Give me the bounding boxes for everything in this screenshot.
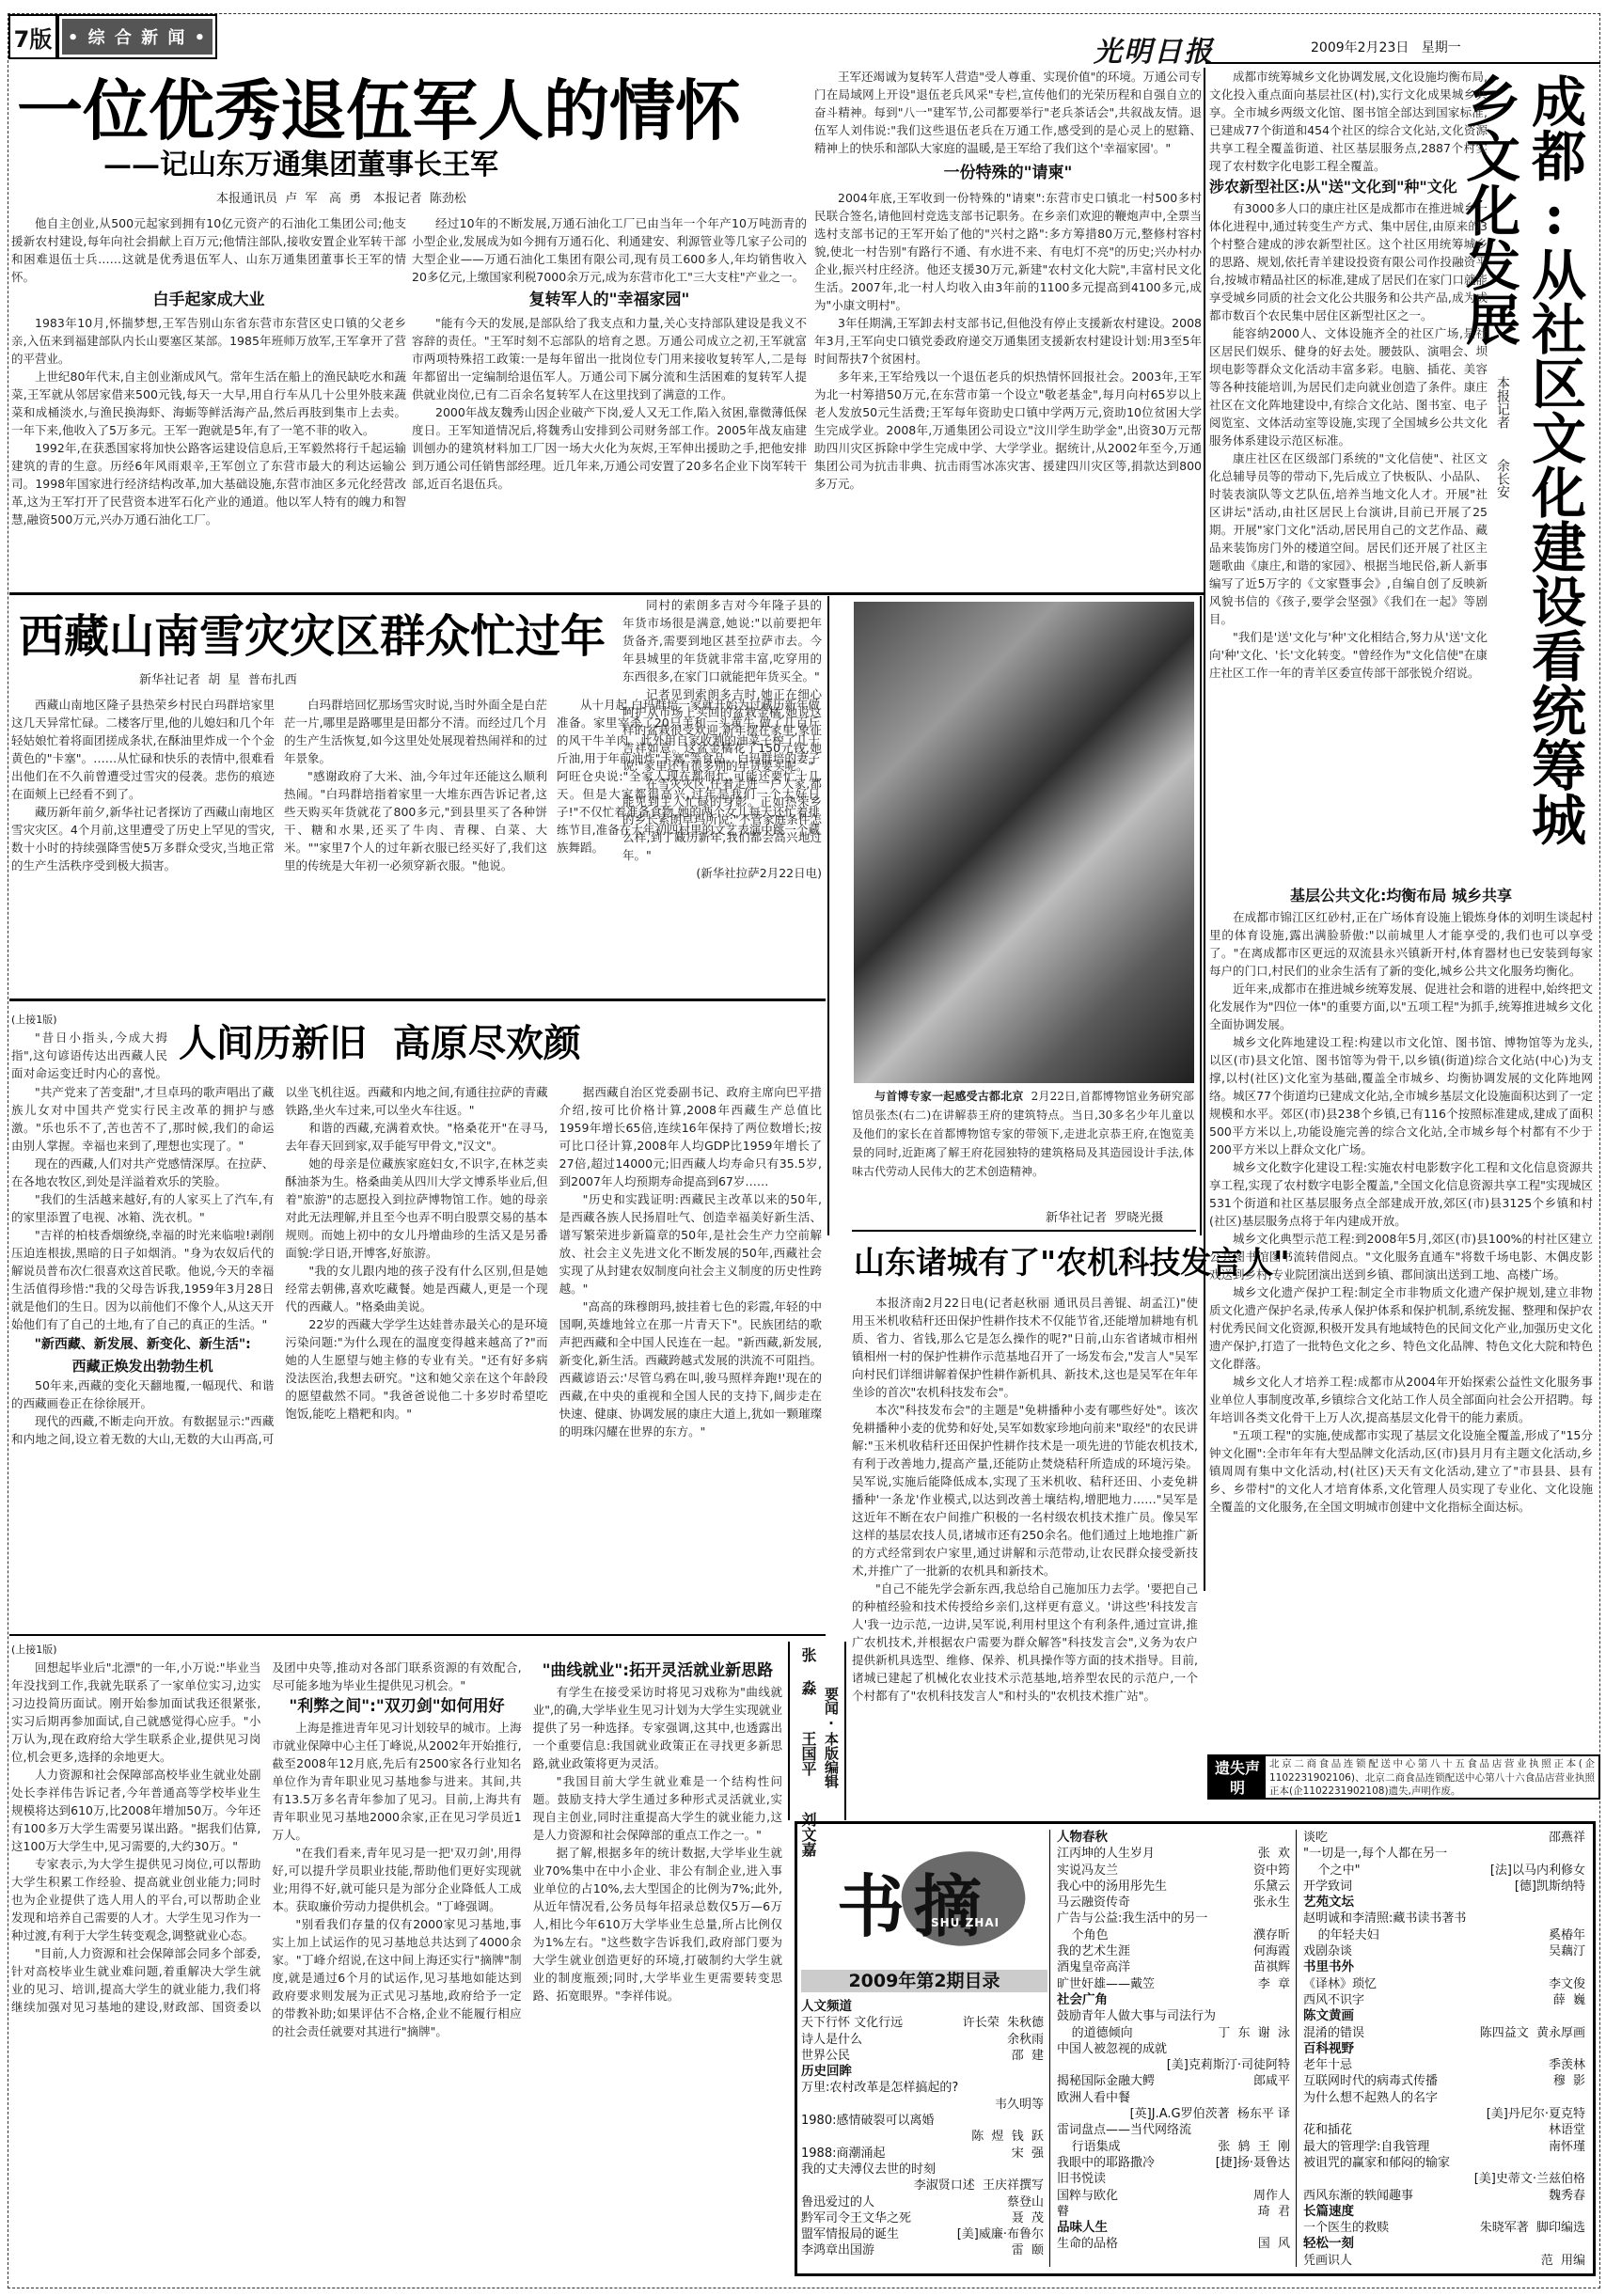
article4-continued: (上接1版): [11, 1012, 57, 1027]
paragraph: "我们的生活越来越好,有的人家买上了汽车,有的家里添置了电视、冰箱、洗衣机。": [11, 1190, 274, 1226]
section-name-box: • 综 合 新 闻 •: [57, 14, 217, 59]
paragraph: 城乡文化数字化建设工程:实施农村电影数字化工程和文化信息资源共享工程,实现了农村…: [1209, 1158, 1593, 1230]
toc-entry-title: 西风东渐的轶闻趣事: [1303, 2188, 1413, 2204]
paragraph: 上世纪80年代末,自主创业渐成风气。常年生活在船上的渔民缺吃水和蔬菜,王军就从邻…: [11, 368, 406, 439]
toc-entry-title: 旧书悦读: [1057, 2171, 1106, 2187]
toc-column-2: 人物春秋江丙坤的人生岁月张 欢实说冯友兰资中筠我心中的汤用彤先生乐黛云马云融资传…: [1057, 1830, 1290, 2253]
editors-left-rule: [788, 1642, 790, 1820]
toc-entry: 戏剧杂谈吴藕汀: [1303, 1943, 1585, 1959]
toc-entry-title: 广告与公益:我生活中的另一: [1057, 1911, 1207, 1926]
toc-entry: 老年十忌季羡林: [1303, 2057, 1585, 2073]
toc-entry: "一切是一,每个人都在另一: [1303, 1846, 1585, 1862]
date-text: 2009年2月23日: [1311, 40, 1409, 55]
toc-entry: 酒鬼皇帝高洋苗祺辉: [1057, 1959, 1290, 1975]
toc-entry-title: 黔军司令王文华之死: [801, 2210, 911, 2226]
article5-body: 本报济南2月22日电(记者赵秋丽 通讯员吕善锟、胡孟江)"使用玉米机收秸秆还田保…: [852, 1294, 1198, 1788]
masthead-rule: [1205, 62, 1600, 64]
paragraph: 西藏山南地区隆子县热荣乡村民白玛群培家里这几天异常忙碌。二楼客厅里,他的儿媳妇和…: [11, 696, 275, 803]
photo-bottom-rule: [852, 1230, 1196, 1232]
toc-entry: 我眼中的耶路撒冷[捷]扬·聂鲁达: [1057, 2155, 1290, 2171]
shuzhai-logo: 书摘 SHU ZHAI: [818, 1833, 1053, 1965]
photo-caption: 与首博专家一起感受古都北京 2月22日,首都博物馆业务研究部馆员张杰(右二)在讲…: [852, 1087, 1194, 1207]
toc-entry-author: 薛 巍: [1553, 1992, 1585, 2008]
article1-section2-title: 复转军人的"幸福家园": [412, 286, 807, 314]
toc-entry: 江丙坤的人生岁月张 欢: [1057, 1846, 1290, 1862]
toc-entry: 旷世奸雄——戴笠李 章: [1057, 1976, 1290, 1992]
toc-entry-title: 中国人被忽视的成就: [1057, 2041, 1167, 2057]
toc-entry-author: 陈四益文 黄永厚画: [1480, 2025, 1585, 2041]
toc-entry-author: 许长荣 朱秋德: [963, 2015, 1044, 2031]
toc-entry-title: 马云融资传奇: [1057, 1895, 1130, 1911]
toc-entry-title: 花和插花: [1303, 2122, 1352, 2138]
toc-entry-title: 最大的管理学:自我管理: [1303, 2139, 1429, 2155]
toc-entry-author: 李文俊: [1549, 1976, 1585, 1992]
toc-entry-author: [美]丹尼尔·夏克特: [1487, 2106, 1585, 2122]
toc-entry-title: 互联网时代的病毒式传播: [1303, 2073, 1438, 2089]
shuzhai-logo-pinyin: SHU ZHAI: [931, 1916, 1000, 1929]
paragraph: 白玛群培回忆那场雪灾时说,当时外面全是白茫茫一片,哪里是路哪里是田都分不清。而经…: [284, 696, 547, 767]
article3-byline: 新华社记者 胡 星 普布扎西: [139, 669, 297, 687]
article3-bottom-rule: [9, 999, 826, 1001]
notice-label: 遗失声明: [1209, 1756, 1266, 1798]
toc-entry: 瞽琦 君: [1057, 2204, 1290, 2220]
toc-entry-author: 宋 强: [1012, 2146, 1044, 2162]
toc-entry-title: 我眼中的耶路撒冷: [1057, 2155, 1155, 2171]
toc-entry: 韦久明等: [801, 2097, 1044, 2113]
toc-entry: 花和插花林语堂: [1303, 2122, 1585, 2138]
toc-entry-title: 江丙坤的人生岁月: [1057, 1846, 1155, 1862]
toc-entry: 西风不识字薛 巍: [1303, 1992, 1585, 2008]
photo-caption-body: 2月22日,首都博物馆业务研究部馆员张杰(右二)在讲解恭王府的建筑特点。当日,3…: [852, 1090, 1194, 1178]
paragraph: 22岁的西藏大学学生达娃普赤最关心的是环境污染问题:"为什么现在的温度变得越来越…: [285, 1315, 547, 1423]
article2-section1-title: 涉农新型社区:从"送"文化到"种"文化: [1209, 175, 1488, 199]
article1-bottom-rule: [9, 592, 1204, 595]
toc-entry-title: 国粹与欧化: [1057, 2188, 1118, 2204]
paragraph: 藏历新年前夕,新华社记者探访了西藏山南地区雪灾灾区。4个月前,这里遭受了历史上罕…: [11, 803, 275, 874]
toc-entry-title: 我心中的汤用彤先生: [1057, 1879, 1167, 1895]
toc-entry-title: 万里:农村改革是怎样搞起的?: [801, 2080, 958, 2096]
paragraph: 王军还竭诚为复转军人营造"受人尊重、实现价值"的环境。万通公司专门在局域网上开设…: [814, 68, 1202, 157]
toc-entry-title: 盟军情报局的诞生: [801, 2226, 899, 2242]
toc-entry-title: 行语集成: [1057, 2139, 1121, 2155]
toc-entry-author: 蔡登山: [1007, 2194, 1044, 2210]
paragraph: 经过10年的不断发展,万通石油化工厂已由当年一个年产10万吨沥青的小型企业,发展…: [412, 214, 807, 286]
paragraph: 回想起毕业后"北漂"的一年,小万说:"毕业当年没找到工作,我就先联系了一家单位实…: [11, 1659, 260, 1766]
toc-entry-title: "一切是一,每个人都在另一: [1303, 1846, 1447, 1862]
paragraph: 本次"科技发布会"的主题是"免耕播种小麦有哪些好处"。该次免耕播种小麦的优势和好…: [852, 1401, 1198, 1580]
shuzhai-issue: 2009年第2期目录: [801, 1970, 1047, 1992]
toc-entry-title: 诗人是什么: [801, 2032, 862, 2048]
toc-entry: 1980:感情破裂可以离婚: [801, 2113, 1044, 2129]
page-number-box: 7版: [8, 14, 57, 59]
toc-entry-author: 奚椿年: [1549, 1927, 1585, 1943]
paragraph: "吉祥的柏枝香烟缭绕,幸福的时光来临啦!剥削压迫连根拔,黑暗的日子如烟消。"身为…: [11, 1226, 274, 1333]
toc-entry-title: 天下行怀 文化行远: [801, 2015, 903, 2031]
toc-column-3: 谈吃邵燕祥"一切是一,每个人都在另一个之中"[法]以马内利修女开学致词[德]凯斯…: [1303, 1830, 1585, 2269]
toc-entry: 开学致词[德]凯斯纳特: [1303, 1879, 1585, 1895]
toc-entry-author: 余秋雨: [1007, 2032, 1044, 2048]
toc-entry-title: 旷世奸雄——戴笠: [1057, 1976, 1155, 1992]
toc-entry: 1988:商潮涌起宋 强: [801, 2146, 1044, 2162]
toc-entry-title: 生命的品格: [1057, 2236, 1118, 2252]
paragraph: "我国目前大学生就业难是一个结构性问题。鼓励支持大学生通过多种形式灵活就业,实现…: [533, 1772, 782, 1844]
toc-entry-author: 聂 茂: [1012, 2210, 1044, 2226]
toc-entry: 赵明诚和李清照:藏书读书著书: [1303, 1911, 1585, 1926]
toc-divider-1: [1049, 1830, 1050, 2267]
toc-entry: 我的艺术生涯何海霞: [1057, 1943, 1290, 1959]
paragraph: 记者见到索朗多吉时,她正在细心呵护从市场上买回的盆栽金橘,她说这样的盆栽很受欢迎…: [622, 685, 822, 775]
toc-entry: 被诅咒的赢家和郁闷的输家: [1303, 2155, 1585, 2171]
toc-entry: 盟军情报局的诞生[美]威廉·布鲁尔: [801, 2226, 1044, 2242]
toc-entry-author: 陈 煜 钱 跃: [971, 2129, 1044, 2145]
toc-entry-title: 一个医生的救赎: [1303, 2220, 1389, 2236]
toc-entry-title: 凭画识人: [1303, 2253, 1352, 2269]
toc-entry-title: 老年十忌: [1303, 2057, 1352, 2073]
paragraph: "五项工程"的实施,使成都市实现了基层文化设施全覆盖,形成了"15分钟文化圈":…: [1209, 1426, 1593, 1516]
toc-entry: 行语集成张 鸫 王 刚: [1057, 2139, 1290, 2155]
paragraph: "在我们看来,青年见习是一把'双刃剑',用得好,可以提升学员职业技能,帮助他们更…: [272, 1844, 521, 1915]
weekday-text: 星期一: [1422, 40, 1461, 55]
paragraph: 50年来,西藏的变化天翻地覆,一幅现代、和谐的西藏画卷正在徐徐展开。: [11, 1376, 274, 1412]
toc-entry: 万里:农村改革是怎样搞起的?: [801, 2080, 1044, 2096]
toc-section-heading: 人物春秋: [1057, 1830, 1290, 1846]
toc-entry-author: 魏秀春: [1549, 2188, 1585, 2204]
toc-entry-title: 赵明诚和李清照:藏书读书著书: [1303, 1911, 1466, 1926]
toc-entry: 国粹与欧化周作人: [1057, 2188, 1290, 2204]
article2-headline: 成都:从社区文化建设看统筹城乡文化发展: [1521, 73, 1587, 882]
toc-entry-author: 林语堂: [1549, 2122, 1585, 2138]
toc-entry-author: 郎咸平: [1253, 2073, 1290, 2089]
toc-entry-title: 世界公民: [801, 2048, 850, 2064]
article2-byline: 本报记者 余长安: [1493, 376, 1512, 555]
article6-continued: (上接1版): [11, 1642, 57, 1657]
article2-body-top: 成都市统筹城乡文化协调发展,文化设施均衡布局,文化投入重点面向基层社区(村),实…: [1209, 68, 1488, 876]
toc-entry: 个角色濮存昕: [1057, 1927, 1290, 1943]
shuzhai-logo-text: 书摘: [837, 1852, 991, 1950]
toc-entry: 黔军司令王文华之死聂 茂: [801, 2210, 1044, 2226]
toc-entry-author: [美]克莉斯汀·司徒阿特: [1167, 2057, 1290, 2073]
toc-entry: 生命的品格国 风: [1057, 2236, 1290, 2252]
publication-date: 2009年2月23日 星期一: [1311, 38, 1461, 56]
article4-bottom-rule: [9, 1634, 826, 1636]
toc-entry-title: 我的丈夫溥仪去世的时刻: [801, 2162, 936, 2178]
paragraph: 2004年底,王军收到一份特殊的"请柬":东营市史口镇北一村500多村民联合签名…: [814, 189, 1202, 314]
toc-section-heading: 人文频道: [801, 1999, 1044, 2015]
toc-entry-author: [法]以马内利修女: [1490, 1863, 1585, 1879]
toc-entry-author: 资中筠: [1253, 1863, 1290, 1879]
lost-notice: 遗失声明 北京二商食品连锁配送中心第八十五食品店营业执照正本(企11022319…: [1207, 1754, 1600, 1800]
toc-entry-title: 戏剧杂谈: [1303, 1943, 1352, 1959]
toc-entry: 诗人是什么余秋雨: [801, 2032, 1044, 2048]
toc-entry-title: 欧洲人看中餐: [1057, 2090, 1130, 2106]
toc-entry-title: 被诅咒的赢家和郁闷的输家: [1303, 2155, 1450, 2171]
paragraph: 现在的西藏,人们对共产党感情深厚。在拉萨、在各地农牧区,到处是洋溢着欢乐的笑脸。: [11, 1155, 274, 1190]
toc-entry-title: 个角色: [1057, 1927, 1109, 1943]
toc-entry-author: 琦 君: [1258, 2204, 1290, 2220]
paragraph: 据了解,根据多年的统计数据,大学毕业生就业70%集中在中小企业、非公有制企业,进…: [533, 1844, 782, 2005]
toc-entry: 旧书悦读: [1057, 2171, 1290, 2187]
paragraph: 能容纳2000人、文体设施齐全的社区广场,是社区居民们娱乐、健身的好去处。腰鼓队…: [1209, 324, 1488, 449]
toc-section-heading: 艺苑文坛: [1303, 1895, 1585, 1911]
toc-entry-author: [美]威廉·布鲁尔: [957, 2226, 1044, 2242]
toc-entry: 天下行怀 文化行远许长荣 朱秋德: [801, 2015, 1044, 2031]
masthead-logo: 光明日报: [1094, 28, 1291, 66]
toc-entry: [英]J.A.G罗伯茨著 杨东平 译: [1057, 2106, 1290, 2122]
paragraph: 和谐的西藏,充满着欢快。"格桑花开"在寻马,去年春天回到家,双手能写甲骨文,"汉…: [285, 1119, 547, 1155]
toc-entry-author: 南怀瑾: [1549, 2139, 1585, 2155]
toc-entry: 个之中"[法]以马内利修女: [1303, 1863, 1585, 1879]
toc-entry: 李淑贤口述 王庆祥撰写: [801, 2178, 1044, 2194]
article5-headline: 山东诸城有了"农机科技发言人": [854, 1239, 1289, 1286]
paragraph: 在成都市锦江区红砂村,正在广场体育设施上锻炼身体的刘明生谈起村里的体育设施,露出…: [1209, 908, 1593, 980]
toc-entry-author: 吴藕汀: [1549, 1943, 1585, 1959]
toc-entry: [美]丹尼尔·夏克特: [1303, 2106, 1585, 2122]
toc-entry-title: 《译林》琐忆: [1303, 1976, 1377, 1992]
paragraph: 本报济南2月22日电(记者赵秋丽 通讯员吕善锟、胡孟江)"使用玉米机收秸秆还田保…: [852, 1294, 1198, 1401]
toc-entry: 西风东渐的轶闻趣事魏秀春: [1303, 2188, 1585, 2204]
toc-entry-author: [美]史蒂文·兰兹伯格: [1474, 2171, 1585, 2187]
toc-entry: 中国人被忽视的成就: [1057, 2041, 1290, 2057]
toc-entry-title: 实说冯友兰: [1057, 1863, 1118, 1879]
article1-byline: 本报通讯员 卢 军 高 勇 本报记者 陈劲松: [216, 188, 466, 206]
article4-body-left: "昔日小指头,今成大拇指",这句谚语传达出西藏人民面对命运变迁时内心的喜悦。民歌…: [11, 1029, 167, 1081]
toc-entry-title: 酒鬼皇帝高洋: [1057, 1959, 1130, 1975]
page-number-label: 7版: [14, 21, 53, 54]
toc-entry-author: 周作人: [1253, 2188, 1290, 2204]
paragraph: "共产党来了苦变甜",才旦卓玛的歌声唱出了藏族儿女对中国共产党实行民主改革的拥护…: [11, 1083, 274, 1155]
paragraph: 有3000多人口的康庄社区是成都市在推进城乡一体化进程中,通过转变生产方式、集中…: [1209, 199, 1488, 324]
toc-entry-author: 季羡林: [1549, 2057, 1585, 2073]
paragraph: "我们是'送'文化与'种'文化相结合,努力从'送'文化向'种'文化、'长'文化转…: [1209, 628, 1488, 682]
toc-section-heading: 长篇速度: [1303, 2204, 1585, 2220]
toc-entry-author: 雷 颐: [1012, 2242, 1044, 2258]
toc-entry-author: 穆 影: [1553, 2073, 1585, 2089]
toc-entry: 我心中的汤用彤先生乐黛云: [1057, 1879, 1290, 1895]
notice-text: 北京二商食品连锁配送中心第八十五食品店营业执照正本(企1102231902106…: [1266, 1756, 1598, 1798]
toc-entry-title: 1980:感情破裂可以离婚: [801, 2113, 934, 2129]
article4-quote-title: "新西藏、新发展、新变化、新生活":: [11, 1333, 274, 1356]
toc-entry: 雷词盘点——当代网络流: [1057, 2122, 1290, 2138]
toc-entry-title: 个之中": [1303, 1863, 1361, 1879]
article6-section1-title: "利弊之间":"双刃剑"如何用好: [272, 1694, 521, 1719]
paragraph: "别看我们存量的仅有2000家见习基地,事实上加上试运作的见习基地总共达到了40…: [272, 1915, 521, 2040]
paragraph: "自己不能先学会新东西,我总给自己施加压力去学。'要把自己的种植经验和技术传授给…: [852, 1580, 1198, 1705]
paragraph: "高高的珠穆朗玛,披挂着七色的彩霞,年轻的中国啊,英雄地耸立在那一片青天下"。民…: [559, 1297, 822, 1440]
photo-caption-title: 与首博专家一起感受古都北京: [874, 1090, 1024, 1103]
article6-section2-title: "曲线就业":拓开灵活就业新思路: [533, 1659, 782, 1683]
toc-entry-title: 混淆的错误: [1303, 2025, 1364, 2041]
column-divider: [1204, 68, 1205, 1591]
article1-headline: 一位优秀退伍军人的情怀: [17, 73, 807, 149]
article4-headline: 人间历新旧 高原尽欢颜: [179, 1015, 581, 1072]
article4-body: "共产党来了苦变甜",才旦卓玛的歌声唱出了藏族儿女对中国共产党实行民主改革的拥护…: [11, 1083, 822, 1628]
toc-entry: 我的丈夫溥仪去世的时刻: [801, 2162, 1044, 2178]
paragraph: 专家表示,为大学生提供见习岗位,可以帮助大学生积累工作经验、提高就业创业能力;同…: [11, 1855, 260, 1944]
toc-entry: 谈吃邵燕祥: [1303, 1830, 1585, 1846]
article2-body-bottom: 基层公共文化:均衡布局 城乡共享 在成都市锦江区红砂村,正在广场体育设施上锻炼身…: [1209, 884, 1593, 1749]
toc-entry-author: 范 用编: [1541, 2253, 1585, 2269]
toc-entry-author: 李 章: [1258, 1976, 1290, 1992]
paragraph: 有学生在接受采访时将见习戏称为"曲线就业",的确,大学毕业生见习计划为大学生实现…: [533, 1683, 782, 1772]
paragraph: 城乡文化人才培养工程:成都市从2004年开始探索公益性文化服务事业单位人事制度改…: [1209, 1373, 1593, 1426]
editors-label: 要闻·本版编辑: [822, 1687, 842, 1809]
paragraph: 2000年战友魏秀山因企业破产下岗,爱人又无工作,陷入贫困,靠微薄低保度日。王军…: [412, 403, 807, 493]
paragraph: 1992年,在获悉国家将加快公路客运建设信息后,王军毅然将行千起运输建筑的青的生…: [11, 439, 406, 528]
toc-entry: 鲁迅爱过的人蔡登山: [801, 2194, 1044, 2210]
paragraph: 1983年10月,怀揣梦想,王军告别山东省东营市东营区史口镇的父老乡亲,入伍来到…: [11, 314, 406, 368]
section-name: • 综 合 新 闻 •: [62, 19, 213, 55]
article2-section2-title: 基层公共文化:均衡布局 城乡共享: [1209, 884, 1593, 908]
toc-entry: [美]史蒂文·兰兹伯格: [1303, 2171, 1585, 2187]
toc-entry: 欧洲人看中餐: [1057, 2090, 1290, 2106]
article3-body-right: 同村的索朗多吉对今年隆子县的年货市场很是满意,她说:"以前要把年货备齐,需要到地…: [622, 596, 822, 991]
toc-entry: 揭秘国际金融大鳄郎咸平: [1057, 2073, 1290, 2089]
paragraph: 据西藏自治区党委副书记、政府主席向巴平措介绍,按可比价格计算,2008年西藏生产…: [559, 1083, 822, 1190]
toc-entry: 《译林》琐忆李文俊: [1303, 1976, 1585, 1992]
toc-entry-author: 苗祺辉: [1253, 1959, 1290, 1975]
paragraph: 多年来,王军给残以一个退伍老兵的炽热情怀回报社会。2003年,王军为北一村筹措5…: [814, 368, 1202, 493]
toc-entry-title: 揭秘国际金融大鳄: [1057, 2073, 1155, 2089]
paragraph: "昔日小指头,今成大拇指",这句谚语传达出西藏人民面对命运变迁时内心的喜悦。民歌…: [11, 1029, 167, 1081]
paragraph: 她的母亲是位藏族家庭妇女,不识字,在林芝卖酥油茶为生。格桑曲美从四川大学文博系毕…: [285, 1155, 547, 1262]
toc-entry-author: 张永生: [1253, 1895, 1290, 1911]
paragraph: 康庄社区在区级部门系统的"文化信使"、社区文化总辅导员等的带动下,先后成立了快板…: [1209, 449, 1488, 628]
article1-intro: 他自主创业,从500元起家到拥有10亿元资产的石油化工集团公司;他支援新农村建设…: [11, 214, 406, 286]
toc-entry-author: 乐黛云: [1253, 1879, 1290, 1895]
paragraph: "能有今天的发展,是部队给了我支点和力量,关心支持部队建设是我义不容辞的责任。"…: [412, 314, 807, 403]
toc-entry-author: 丁 东 谢 泳: [1218, 2025, 1290, 2041]
toc-section-heading: 品味人生: [1057, 2220, 1290, 2236]
toc-entry-title: 的年轻夫妇: [1303, 1927, 1379, 1943]
toc-entry-author: 何海霞: [1253, 1943, 1290, 1959]
toc-entry-author: 李淑贤口述 王庆祥撰写: [914, 2178, 1044, 2194]
toc-section-heading: 历史回眸: [801, 2064, 1044, 2080]
article1-subheadline: ——记山东万通集团董事长王军: [103, 149, 498, 182]
toc-entry: 李鸿章出国游雷 颐: [801, 2242, 1044, 2258]
toc-entry: 实说冯友兰资中筠: [1057, 1863, 1290, 1879]
toc-section-heading: 百科视野: [1303, 2041, 1585, 2057]
toc-entry-title: 西风不识字: [1303, 1992, 1364, 2008]
paragraph: 城乡文化阵地建设工程:构建以市文化馆、图书馆、博物馆等为龙头,以区(市)县文化馆…: [1209, 1033, 1593, 1158]
toc-divider-2: [1296, 1830, 1297, 2267]
toc-section-heading: 社会广角: [1057, 1992, 1290, 2008]
toc-column-1: 人文频道天下行怀 文化行远许长荣 朱秋德诗人是什么余秋雨世界公民邵 建历史回眸万…: [801, 1999, 1044, 2259]
toc-entry: 一个医生的救赎朱晓军著 脚印编选: [1303, 2220, 1585, 2236]
toc-entry-author: 濮存昕: [1253, 1927, 1290, 1943]
photo-credit: 新华社记者 罗晓光摄: [1046, 1207, 1163, 1225]
toc-entry-author: 邵燕祥: [1549, 1830, 1585, 1846]
toc-entry-author: 邵 建: [1012, 2048, 1044, 2064]
toc-entry: 互联网时代的病毒式传播穆 影: [1303, 2073, 1585, 2089]
article1-col3: 王军还竭诚为复转军人营造"受人尊重、实现价值"的环境。万通公司专门在局域网上开设…: [814, 68, 1202, 585]
paragraph: 成都市统筹城乡文化协调发展,文化设施均衡布局,文化投入重点面向基层社区(村),实…: [1209, 68, 1488, 175]
toc-entry: 混淆的错误陈四益文 黄永厚画: [1303, 2025, 1585, 2041]
toc-entry-author: [英]J.A.G罗伯茨著 杨东平 译: [1130, 2106, 1290, 2122]
toc-entry-author: [捷]扬·聂鲁达: [1216, 2155, 1290, 2171]
toc-entry-title: 鼓励青年人做大事与司法行为: [1057, 2008, 1216, 2024]
article1-section3-title: 一份特殊的"请柬": [814, 157, 1202, 189]
toc-entry: 最大的管理学:自我管理南怀瑾: [1303, 2139, 1585, 2155]
toc-entry-title: 李鸿章出国游: [801, 2242, 874, 2258]
toc-entry-title: 谈吃: [1303, 1830, 1328, 1846]
paragraph: 人力资源和社会保障部高校毕业生就业处副处长李祥伟告诉记者,今年普通高等学校毕业生…: [11, 1766, 260, 1855]
paragraph: 3年任期满,王军卸去村支部书记,但他没有停止支援新农村建设。2008年3月,王军…: [814, 314, 1202, 368]
toc-entry-title: 1988:商潮涌起: [801, 2146, 885, 2162]
toc-entry-author: [德]凯斯纳特: [1515, 1879, 1585, 1895]
toc-entry-author: 张 鸫 王 刚: [1218, 2139, 1290, 2155]
toc-entry: 陈 煜 钱 跃: [801, 2129, 1044, 2145]
toc-entry: 鼓励青年人做大事与司法行为: [1057, 2008, 1290, 2024]
toc-entry-title: 雷词盘点——当代网络流: [1057, 2122, 1191, 2138]
toc-entry-title: 我的艺术生涯: [1057, 1943, 1130, 1959]
toc-entry-title: 瞽: [1057, 2204, 1069, 2220]
article3-dateline: (新华社拉萨2月22日电): [622, 864, 822, 882]
toc-entry-title: 鲁迅爱过的人: [801, 2194, 874, 2210]
paragraph: 近年来,成都市在推进城乡统筹发展、促进社会和谐的进程中,始终把文化发展作为"四位…: [1209, 980, 1593, 1033]
toc-section-heading: 陈文黄画: [1303, 2008, 1585, 2024]
paragraph: 城乡文化遗产保护工程:制定全市非物质文化遗产保护规划,建立非物质文化遗产保护名录…: [1209, 1283, 1593, 1373]
toc-entry-title: 的道德倾向: [1057, 2025, 1133, 2041]
toc-entry-title: 开学致词: [1303, 1879, 1352, 1895]
paragraph: 同村的索朗多吉对今年隆子县的年货市场很是满意,她说:"以前要把年货备齐,需要到地…: [622, 596, 822, 685]
toc-entry: [美]克莉斯汀·司徒阿特: [1057, 2057, 1290, 2073]
paragraph: "历史和实践证明:西藏民主改革以来的50年,是西藏各族人民扬眉吐气、创造幸福美好…: [559, 1190, 822, 1297]
toc-entry: 的道德倾向丁 东 谢 泳: [1057, 2025, 1290, 2041]
article1-col1: 他自主创业,从500元起家到拥有10亿元资产的石油化工集团公司;他支援新农村建设…: [11, 214, 406, 586]
toc-entry: 凭画识人范 用编: [1303, 2253, 1585, 2269]
toc-entry: 马云融资传奇张永生: [1057, 1895, 1290, 1911]
toc-entry: 的年轻夫妇奚椿年: [1303, 1927, 1585, 1943]
editors-right-rule: [844, 1642, 846, 1820]
article1-section1-title: 白手起家成大业: [11, 286, 406, 314]
paragraph: 上海是推进青年见习计划较早的城市。上海市就业保障中心主任丁峰说,从2002年开始…: [272, 1719, 521, 1844]
article3-headline: 西藏山南雪灾灾区群众忙过年: [19, 609, 606, 664]
paragraph: "感谢政府了大米、油,今年过年还能这么顺利热闹。"白玛群培指着家里一大堆东西告诉…: [284, 767, 547, 874]
editors-names: 张 淼 王国平 刘文嘉: [797, 1647, 819, 1816]
paragraph: 在雪灾灾区,任着走进一户人家,都能见到主人忙碌的身影。正如热荣乡的乡长索朗卓玛所…: [622, 775, 822, 864]
toc-entry: 广告与公益:我生活中的另一: [1057, 1911, 1290, 1926]
news-photo: [854, 602, 1194, 1083]
article6-body: 回想起毕业后"北漂"的一年,小万说:"毕业当年没找到工作,我就先联系了一家单位实…: [11, 1659, 782, 2287]
paragraph: "我的女儿跟内地的孩子没有什么区别,但是她经常去朝佛,喜欢吃藏餐。她是西藏人,更…: [285, 1262, 547, 1315]
toc-section-heading: 书里书外: [1303, 1959, 1585, 1975]
toc-entry-author: 朱晓军著 脚印编选: [1480, 2220, 1585, 2236]
toc-entry-author: 张 欢: [1258, 1846, 1290, 1862]
toc-section-heading: 轻松一刻: [1303, 2236, 1585, 2252]
toc-entry-title: 为什么想不起熟人的名字: [1303, 2090, 1438, 2106]
toc-entry-author: 韦久明等: [995, 2097, 1044, 2113]
article1-col2: 经过10年的不断发展,万通石油化工厂已由当年一个年产10万吨沥青的小型企业,发展…: [412, 214, 807, 586]
toc-entry-author: 国 风: [1258, 2236, 1290, 2252]
toc-entry: 为什么想不起熟人的名字: [1303, 2090, 1585, 2106]
article4-section-title: 西藏正焕发出勃勃生机: [11, 1356, 274, 1376]
toc-entry: 世界公民邵 建: [801, 2048, 1044, 2064]
